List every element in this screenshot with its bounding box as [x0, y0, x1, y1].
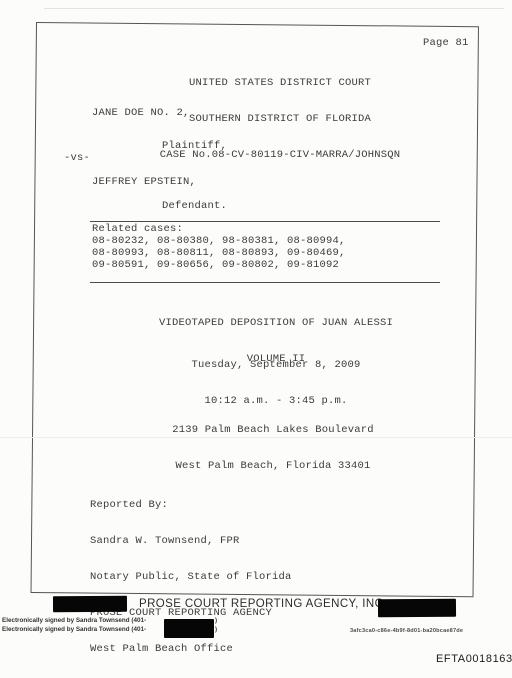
redaction-bar-phone	[164, 619, 214, 638]
related-cases-line: 08-80232, 08-80380, 98-80381, 08-80994,	[92, 235, 346, 247]
scanned-deposition-page: { "page": { "page_number_label": "Page 8…	[0, 0, 512, 678]
redaction-bar-left	[53, 596, 127, 612]
electronic-signature-line: Electronically signed by Sandra Townsend…	[2, 617, 146, 624]
court-name-line: UNITED STATES DISTRICT COURT	[60, 77, 500, 89]
redaction-bar-right	[378, 599, 456, 618]
scan-artifact-line-top	[44, 8, 504, 9]
deposition-title-line1: VIDEOTAPED DEPOSITION OF JUAN ALESSI	[60, 317, 492, 329]
page-number: Page 81	[423, 37, 469, 49]
reporter-block: Reported By: Sandra W. Townsend, FPR Not…	[90, 475, 292, 667]
scan-artifact-fold-line	[0, 437, 512, 438]
reporter-name: Sandra W. Townsend, FPR	[90, 535, 292, 547]
deposition-date: Tuesday, September 8, 2009	[60, 359, 492, 371]
reporter-title: Notary Public, State of Florida	[90, 571, 292, 583]
footer-agency-name: PROSE COURT REPORTING AGENCY, INC.	[139, 598, 387, 610]
plaintiff-name: JANE DOE NO. 2,	[92, 107, 190, 119]
related-cases-label: Related cases:	[92, 223, 183, 235]
divider-rule-top	[90, 221, 440, 222]
document-hash: 3afc3ca0-c86e-4b9f-8d01-ba20bcae87de	[350, 628, 463, 634]
deposition-address-line1: 2139 Palm Beach Lakes Boulevard	[60, 424, 486, 436]
defendant-role: Defendant.	[162, 200, 227, 212]
plaintiff-role: Plaintiff,	[162, 140, 227, 152]
related-cases-line: 08-80993, 08-80811, 08-80893, 09-80469,	[92, 247, 346, 259]
deposition-location: 2139 Palm Beach Lakes Boulevard West Pal…	[60, 400, 486, 484]
deposition-address-line2: West Palm Beach, Florida 33401	[60, 460, 486, 472]
related-cases-line: 09-80591, 09-80656, 09-80802, 09-81092	[92, 259, 339, 271]
signature-paren: )	[215, 617, 217, 624]
signature-paren: )	[215, 626, 217, 633]
versus-label: -vs-	[64, 152, 90, 164]
reported-by-label: Reported By:	[90, 499, 292, 511]
reporter-office: West Palm Beach Office	[90, 643, 292, 655]
electronic-signature-line: Electronically signed by Sandra Townsend…	[2, 626, 146, 633]
divider-rule-bottom	[90, 282, 440, 283]
case-number-line: CASE No.08-CV-80119-CIV-MARRA/JOHNSQN	[60, 149, 500, 161]
bates-number: EFTA00181630	[436, 653, 512, 665]
defendant-name: JEFFREY EPSTEIN,	[92, 176, 196, 188]
